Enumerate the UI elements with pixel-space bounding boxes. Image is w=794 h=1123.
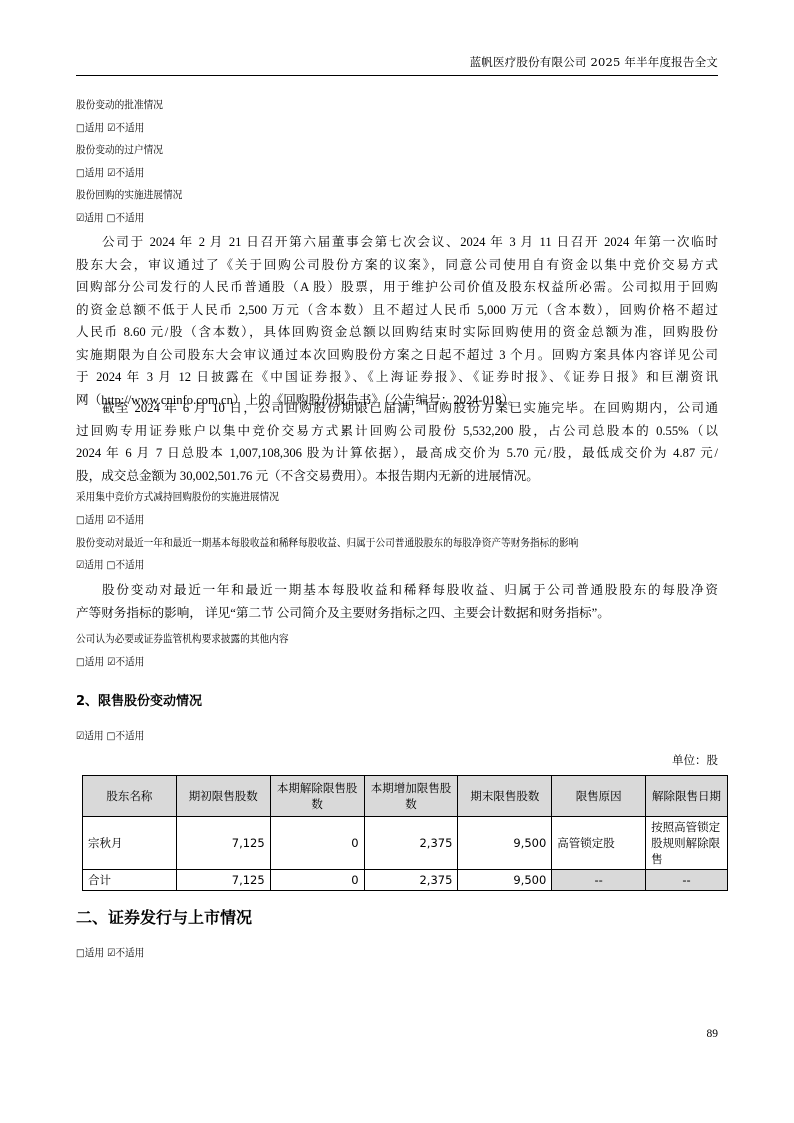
table-total-row: 合计 7,125 0 2,375 9,500 -- -- <box>83 870 728 891</box>
option-applicable: 适用 <box>85 167 104 179</box>
option-applicable: 适用 <box>85 947 104 959</box>
section-heading-restricted: 2、限售股份变动情况 <box>76 690 202 709</box>
checked-box-icon: ☑ <box>107 123 115 134</box>
checked-box-icon: ☑ <box>76 213 84 224</box>
table-row: 宗秋月 7,125 0 2,375 9,500 高管锁定股 按照高管锁定股规则解… <box>83 817 728 870</box>
restricted-shares-table: 股东名称 期初限售股数 本期解除限售股数 本期增加限售股数 期末限售股数 限售原… <box>82 775 728 891</box>
option-applicable: 适用 <box>85 514 104 526</box>
section-title-impact: 股份变动对最近一年和最近一期基本每股收益和稀释每股收益、归属于公司普通股股东的每… <box>76 535 578 550</box>
unchecked-box-icon: □ <box>107 731 116 742</box>
option-not-applicable: 不适用 <box>115 167 144 179</box>
option-applicable: 适用 <box>85 122 104 134</box>
section-title-reduction: 采用集中竞价方式减持回购股份的实施进展情况 <box>76 489 279 504</box>
impact-paragraph: 股份变动对最近一年和最近一期基本每股收益和稀释每股收益、归属于公司普通股股东的每… <box>76 579 718 624</box>
option-not-applicable: 不适用 <box>115 730 144 742</box>
col-header: 解除限售日期 <box>646 776 728 817</box>
table-cell: -- <box>646 870 728 891</box>
option-applicable: 适用 <box>84 212 103 224</box>
checked-box-icon: ☑ <box>107 515 115 526</box>
table-cell: 0 <box>270 817 364 870</box>
table-cell: 9,500 <box>458 870 552 891</box>
table-cell: 7,125 <box>176 817 270 870</box>
unchecked-box-icon: □ <box>107 213 116 224</box>
option-not-applicable: 不适用 <box>115 947 144 959</box>
option-row-securities: □适用 ☑不适用 <box>76 945 144 960</box>
option-not-applicable: 不适用 <box>115 559 144 571</box>
col-header: 本期解除限售股数 <box>270 776 364 817</box>
page-header-title: 蓝帆医疗股份有限公司 2025 年半年度报告全文 <box>470 54 718 70</box>
option-not-applicable: 不适用 <box>115 122 144 134</box>
col-header: 股东名称 <box>83 776 177 817</box>
checked-box-icon: ☑ <box>76 731 84 742</box>
table-cell: 0 <box>270 870 364 891</box>
option-row-reduction: □适用 ☑不适用 <box>76 512 144 527</box>
section-heading-securities: 二、证券发行与上市情况 <box>76 905 252 928</box>
col-header: 期末限售股数 <box>458 776 552 817</box>
checked-box-icon: ☑ <box>107 657 115 668</box>
col-header: 本期增加限售股数 <box>364 776 458 817</box>
buyback-paragraph-2: 截至 2024 年 6 月 10 日，公司回购股份期限已届满，回购股份方案已实施… <box>76 397 718 487</box>
option-row-approval: □适用 ☑不适用 <box>76 120 144 135</box>
unchecked-box-icon: □ <box>107 560 116 571</box>
table-header-row: 股东名称 期初限售股数 本期解除限售股数 本期增加限售股数 期末限售股数 限售原… <box>83 776 728 817</box>
table-cell: 2,375 <box>364 817 458 870</box>
table-cell: 2,375 <box>364 870 458 891</box>
option-row-impact: ☑适用 □不适用 <box>76 557 144 572</box>
option-not-applicable: 不适用 <box>115 514 144 526</box>
col-header: 限售原因 <box>552 776 646 817</box>
checked-box-icon: ☑ <box>76 560 84 571</box>
option-not-applicable: 不适用 <box>115 212 144 224</box>
section-title-buyback: 股份回购的实施进展情况 <box>76 187 182 202</box>
table-cell: 9,500 <box>458 817 552 870</box>
table-cell: 按照高管锁定股规则解除限售 <box>646 817 728 870</box>
option-row-buyback: ☑适用 □不适用 <box>76 210 144 225</box>
table-cell: 7,125 <box>176 870 270 891</box>
option-applicable: 适用 <box>85 656 104 668</box>
option-row-other: □适用 ☑不适用 <box>76 654 144 669</box>
section-title-approval: 股份变动的批准情况 <box>76 97 163 112</box>
option-row-transfer: □适用 ☑不适用 <box>76 165 144 180</box>
table-cell: 高管锁定股 <box>552 817 646 870</box>
table-cell: 合计 <box>83 870 177 891</box>
table-cell: -- <box>552 870 646 891</box>
col-header: 期初限售股数 <box>176 776 270 817</box>
checked-box-icon: ☑ <box>107 168 115 179</box>
section-title-other: 公司认为必要或证券监管机构要求披露的其他内容 <box>76 631 289 646</box>
option-applicable: 适用 <box>84 730 103 742</box>
table-cell: 宗秋月 <box>83 817 177 870</box>
option-not-applicable: 不适用 <box>115 656 144 668</box>
unit-label: 单位：股 <box>672 752 718 768</box>
header-divider <box>76 75 718 76</box>
buyback-paragraph-1: 公司于 2024 年 2 月 21 日召开第六届董事会第七次会议、2024 年 … <box>76 231 718 411</box>
option-applicable: 适用 <box>84 559 103 571</box>
checked-box-icon: ☑ <box>107 948 115 959</box>
page-number: 89 <box>707 1028 719 1040</box>
option-row-restricted: ☑适用 □不适用 <box>76 728 144 743</box>
section-title-transfer: 股份变动的过户情况 <box>76 142 163 157</box>
